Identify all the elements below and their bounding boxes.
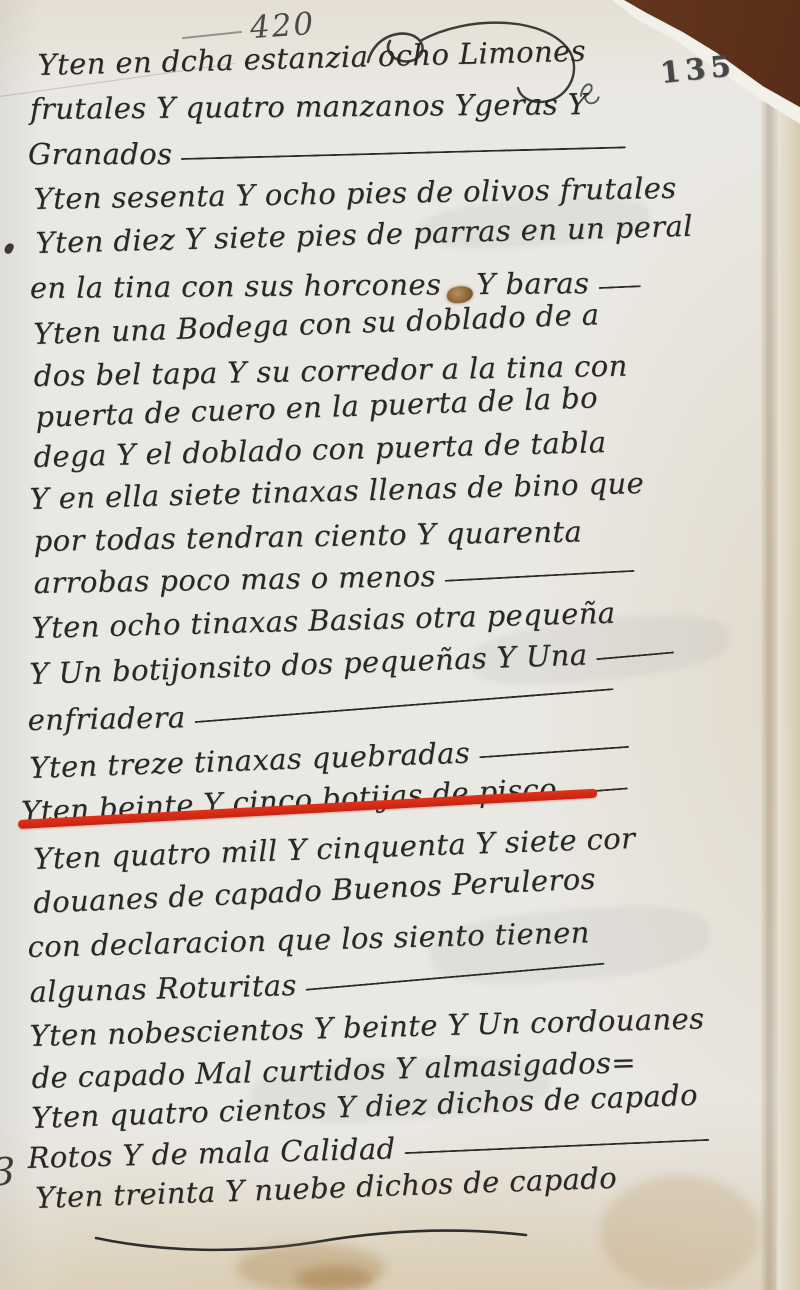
inked-rule [405,1139,710,1154]
manuscript-line: Granados [28,137,626,171]
inked-rule [597,651,675,660]
under-page-edge [776,0,800,1290]
inked-rule [598,285,640,289]
inked-rule [306,963,605,991]
stain [600,1175,760,1290]
manuscript-line: frutales Y quatro manzanos Ygeras Y [30,87,588,126]
inked-rule [181,146,626,160]
stain [296,1266,374,1290]
manuscript-page: 420 135 Yten en dcha estanzia ocho Limon… [0,0,800,1290]
page-edge-seam [760,0,778,1290]
inked-rule [445,570,635,582]
margin-mark: 3 [0,1150,15,1194]
inked-rule [479,746,629,758]
